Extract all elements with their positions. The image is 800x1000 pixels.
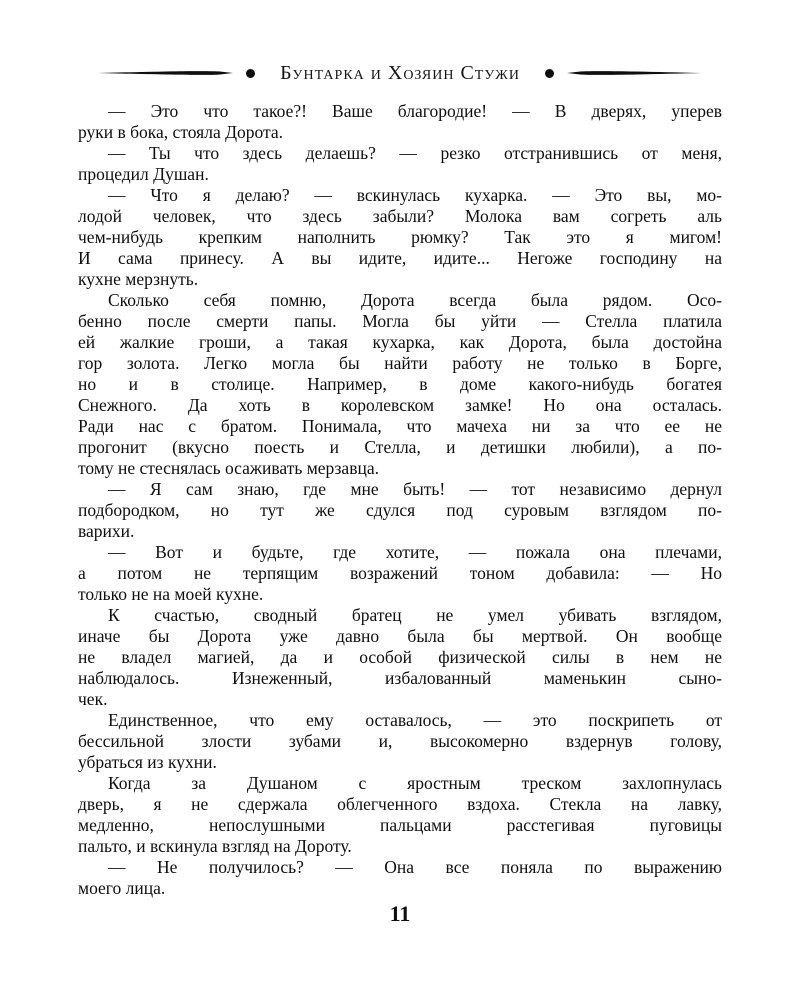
text-line: тому не стеснялась осаживать мерзавца.: [78, 458, 722, 479]
running-head: Бунтарка и Хозяин Стужи: [0, 59, 800, 87]
text-line: Сколько себя помню, Дорота всегда была р…: [78, 290, 722, 311]
text-line: не владел магией, да и особой физической…: [78, 647, 722, 668]
text-line: только не на моей кухне.: [78, 584, 722, 605]
paragraph: — Я сам знаю, где мне быть! — тот незави…: [78, 479, 722, 542]
paragraph: — Ты что здесь делаешь? — резко отстрани…: [78, 143, 722, 185]
text-line: — Я сам знаю, где мне быть! — тот незави…: [78, 479, 722, 500]
text-line: бенно после смерти папы. Могла бы уйти —…: [78, 311, 722, 332]
text-line: убраться из кухни.: [78, 752, 722, 773]
text-line: лодой человек, что здесь забыли? Молока …: [78, 206, 722, 227]
text-line: процедил Душан.: [78, 164, 722, 185]
text-line: прогонит (вкусно поесть и Стелла, и дети…: [78, 437, 722, 458]
page-text: — Это что такое?! Ваше благородие! — В д…: [78, 101, 722, 899]
paragraph: Сколько себя помню, Дорота всегда была р…: [78, 290, 722, 479]
text-line: пальто, и вскинула взгляд на Дороту.: [78, 836, 722, 857]
text-line: Когда за Душаном с яростным треском захл…: [78, 773, 722, 794]
text-line: варихи.: [78, 521, 722, 542]
book-page: Бунтарка и Хозяин Стужи — Это что такое?…: [0, 0, 800, 1000]
text-line: — Ты что здесь делаешь? — резко отстрани…: [78, 143, 722, 164]
paragraph: — Не получилось? — Она все поняла по выр…: [78, 857, 722, 899]
text-line: И сама принесу. А вы идите, идите... Нег…: [78, 248, 722, 269]
bullet-icon: [545, 69, 554, 78]
text-line: а потом не терпящим возражений тоном доб…: [78, 563, 722, 584]
text-line: моего лица.: [78, 878, 722, 899]
flourish-right-icon: [567, 67, 702, 79]
paragraph: К счастью, сводный братец не умел убиват…: [78, 605, 722, 710]
text-line: — Вот и будьте, где хотите, — пожала она…: [78, 542, 722, 563]
paragraph: — Это что такое?! Ваше благородие! — В д…: [78, 101, 722, 143]
text-line: руки в бока, стояла Дорота.: [78, 122, 722, 143]
text-line: Снежного. Да хоть в королевском замке! Н…: [78, 395, 722, 416]
text-line: Ради нас с братом. Понимала, что мачеха …: [78, 416, 722, 437]
text-line: дверь, я не сдержала облегченного вздоха…: [78, 794, 722, 815]
flourish-left-icon: [98, 67, 233, 79]
text-line: кухне мерзнуть.: [78, 269, 722, 290]
paragraph: Единственное, что ему оставалось, — это …: [78, 710, 722, 773]
paragraph: — Вот и будьте, где хотите, — пожала она…: [78, 542, 722, 605]
bullet-icon: [246, 69, 255, 78]
text-line: — Не получилось? — Она все поняла по выр…: [78, 857, 722, 878]
text-line: бессильной злости зубами и, высокомерно …: [78, 731, 722, 752]
text-line: Единственное, что ему оставалось, — это …: [78, 710, 722, 731]
text-line: ей жалкие гроши, а такая кухарка, как До…: [78, 332, 722, 353]
text-line: иначе бы Дорота уже давно была бы мертво…: [78, 626, 722, 647]
page-number: 11: [0, 901, 800, 927]
text-line: подбородком, но тут же сдулся под суровы…: [78, 500, 722, 521]
text-line: чем-нибудь крепким наполнить рюмку? Так …: [78, 227, 722, 248]
book-title: Бунтарка и Хозяин Стужи: [268, 62, 532, 85]
text-line: наблюдалось. Изнеженный, избалованный ма…: [78, 668, 722, 689]
paragraph: Когда за Душаном с яростным треском захл…: [78, 773, 722, 857]
text-line: К счастью, сводный братец не умел убиват…: [78, 605, 722, 626]
text-line: — Что я делаю? — вскинулась кухарка. — Э…: [78, 185, 722, 206]
text-line: гор золота. Легко могла бы найти работу …: [78, 353, 722, 374]
text-line: чек.: [78, 689, 722, 710]
text-line: медленно, непослушными пальцами расстеги…: [78, 815, 722, 836]
text-line: но и в столице. Например, в доме какого-…: [78, 374, 722, 395]
paragraph: — Что я делаю? — вскинулась кухарка. — Э…: [78, 185, 722, 290]
text-line: — Это что такое?! Ваше благородие! — В д…: [78, 101, 722, 122]
